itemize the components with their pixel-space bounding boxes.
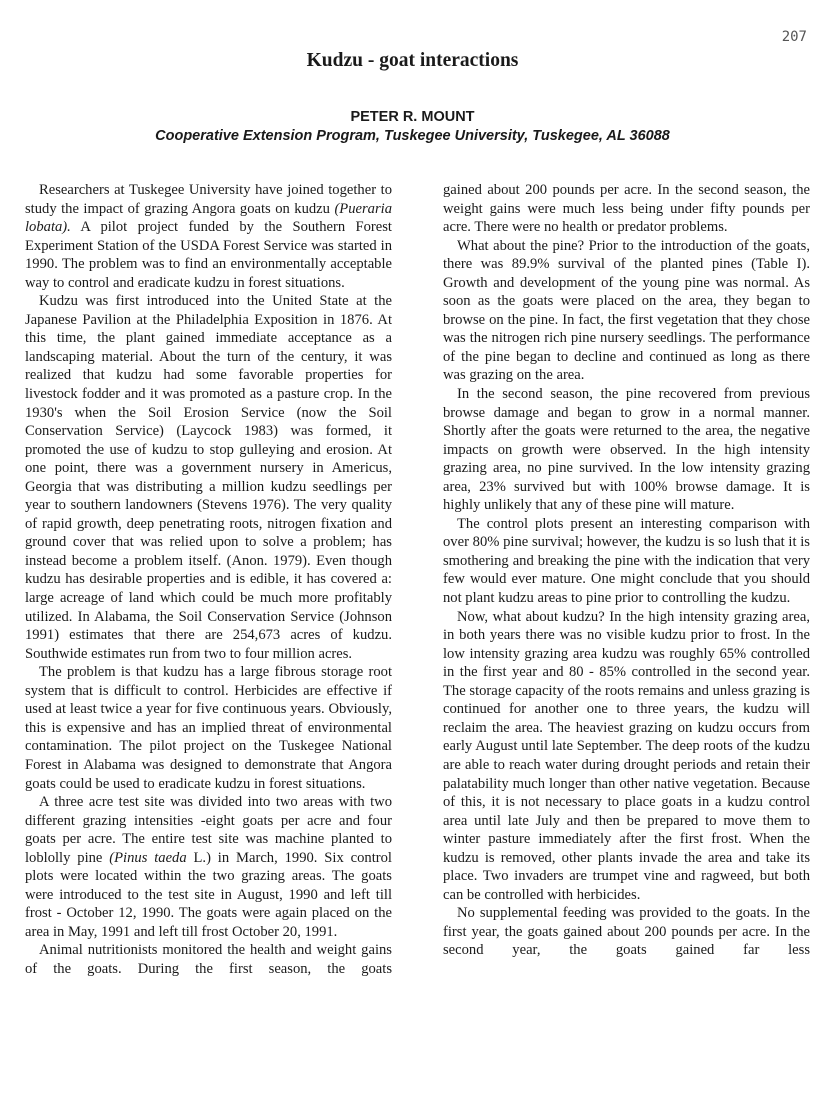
paragraph-introduction: Researchers at Tuskegee University have … — [25, 181, 392, 292]
paragraph-nutrition: Animal nutritionists monitored the healt… — [25, 941, 392, 978]
right-column: gained about 200 pounds per acre. In the… — [443, 181, 810, 960]
left-column: Researchers at Tuskegee University have … — [25, 181, 392, 979]
paragraph-problem: The problem is that kudzu has a large fi… — [25, 663, 392, 793]
paragraph-control-plots: The control plots present an interesting… — [443, 515, 810, 608]
paragraph-pine-survival: What about the pine? Prior to the introd… — [443, 237, 810, 385]
article-title: Kudzu - goat interactions — [0, 50, 825, 72]
author-affiliation: Cooperative Extension Program, Tuskegee … — [0, 128, 825, 144]
paragraph-kudzu-control: Now, what about kudzu? In the high inten… — [443, 608, 810, 905]
species-name-pine: (Pinus taeda — [109, 850, 186, 866]
text-run: A pilot project funded by the Southern F… — [25, 219, 392, 291]
paragraph-test-site: A three acre test site was divided into … — [25, 793, 392, 941]
paragraph-second-season: In the second season, the pine recovered… — [443, 385, 810, 515]
paragraph-weight-gains: gained about 200 pounds per acre. In the… — [443, 181, 810, 237]
author-name: PETER R. MOUNT — [0, 109, 825, 125]
paragraph-supplemental-feeding: No supplemental feeding was provided to … — [443, 904, 810, 960]
paragraph-history: Kudzu was first introduced into the Unit… — [25, 292, 392, 663]
page-number: 207 — [782, 29, 807, 45]
